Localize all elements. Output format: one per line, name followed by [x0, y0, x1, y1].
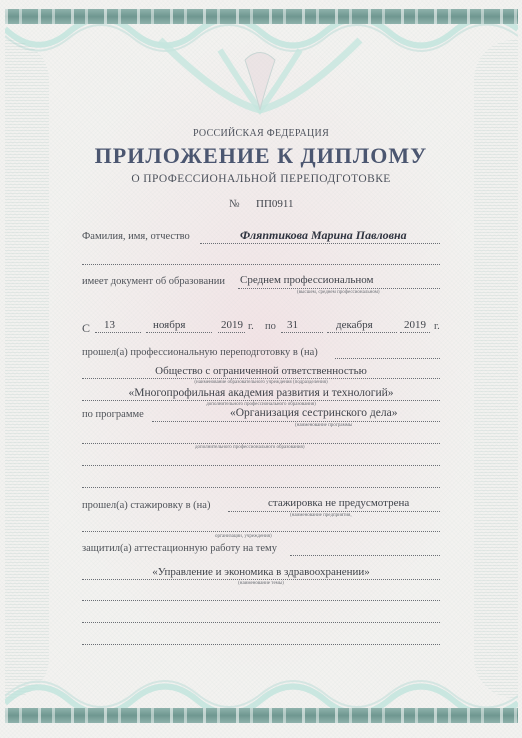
internship-value: стажировка не предусмотрена [268, 497, 409, 509]
program-line [152, 421, 440, 422]
document-title: ПРИЛОЖЕНИЕ К ДИПЛОМУ [0, 143, 522, 169]
period-to-prefix: по [265, 321, 276, 332]
fio-label: Фамилия, имя, отчество [82, 231, 190, 242]
bottom-wave-ornament [5, 668, 518, 708]
thesis-line-3 [82, 600, 440, 601]
program-caption-1: (наименование программы [295, 423, 352, 428]
institution-line-2-rule [82, 400, 440, 401]
thesis-line [290, 555, 440, 556]
document-number: ПП0911 [256, 198, 293, 210]
bottom-guilloche-band [5, 708, 518, 723]
education-caption: (высшем, среднем профессиональном) [297, 290, 380, 295]
program-caption-2: дополнительного профессионального образо… [195, 445, 305, 450]
thesis-line-5 [82, 644, 440, 645]
thesis-line-4 [82, 622, 440, 623]
to-day-line [281, 332, 323, 333]
program-line-4 [82, 487, 440, 488]
from-year-line [218, 332, 245, 333]
thesis-line-2 [82, 579, 440, 580]
internship-line [228, 511, 440, 512]
period-year-suffix-1: г. [248, 321, 254, 332]
program-label: по программе [82, 409, 144, 420]
internship-line-2 [82, 531, 440, 532]
diploma-supplement-page: РОССИЙСКАЯ ФЕДЕРАЦИЯ ПРИЛОЖЕНИЕ К ДИПЛОМ… [0, 0, 522, 738]
from-month-line [146, 332, 212, 333]
internship-label: прошел(а) стажировку в (на) [82, 500, 210, 511]
institution-line-2: «Многопрофильная академия развития и тех… [82, 387, 440, 399]
thesis-label: защитил(а) аттестационную работу на тему [82, 543, 277, 554]
education-label: имеет документ об образовании [82, 276, 225, 287]
period-to-day: 31 [287, 319, 298, 331]
internship-caption-1: (наименование предприятия, [290, 513, 352, 518]
period-from-year: 2019 [221, 319, 243, 331]
period-from-month: ноября [153, 319, 185, 331]
fio-line-2 [82, 264, 440, 265]
period-to-year: 2019 [404, 319, 426, 331]
education-line [238, 288, 440, 289]
institution-caption-1: (наименование образовательного учреждени… [82, 380, 440, 385]
top-guilloche-band [5, 9, 518, 24]
thesis-caption: (наименование темы) [82, 581, 440, 586]
retraining-line [335, 358, 440, 359]
period-to-month: декабря [336, 319, 373, 331]
fio-line [200, 243, 440, 244]
program-line-2 [82, 443, 440, 444]
education-value: Среднем профессиональном [240, 274, 373, 286]
period-from-prefix: С [82, 321, 90, 336]
number-sign: № [229, 198, 240, 210]
institution-line-1-rule [82, 378, 440, 379]
fio-value: Фляптикова Марина Павловна [240, 228, 407, 243]
center-lotus-ornament [150, 30, 370, 115]
period-year-suffix-2: г. [434, 321, 440, 332]
country-heading: РОССИЙСКАЯ ФЕДЕРАЦИЯ [0, 128, 522, 139]
from-day-line [95, 332, 141, 333]
program-line-3 [82, 465, 440, 466]
program-value: «Организация сестринского дела» [230, 407, 397, 419]
document-subtitle: О ПРОФЕССИОНАЛЬНОЙ ПЕРЕПОДГОТОВКЕ [0, 173, 522, 185]
to-month-line [327, 332, 397, 333]
thesis-value: «Управление и экономика в здравоохранени… [82, 566, 440, 578]
to-year-line [400, 332, 430, 333]
retraining-label: прошел(а) профессиональную переподготовк… [82, 347, 318, 358]
period-from-day: 13 [104, 319, 115, 331]
internship-caption-2: организации, учреждения) [215, 534, 272, 539]
institution-line-1: Общество с ограниченной ответственностью [82, 365, 440, 377]
